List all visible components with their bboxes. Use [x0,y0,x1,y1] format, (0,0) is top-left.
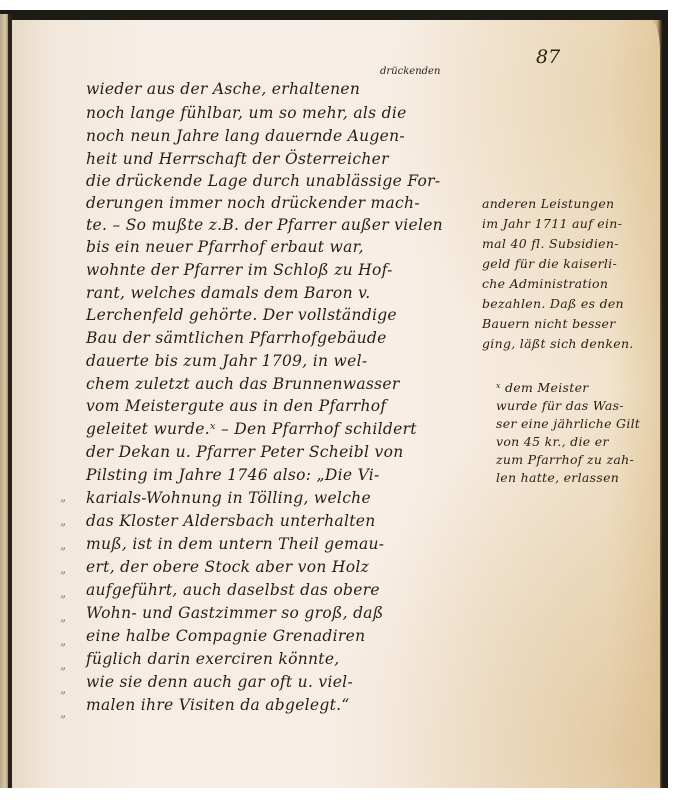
text-line: ert, der obere Stock aber von Holz [86,558,369,576]
margin-note-line: geld für die kaiserli- [482,256,617,271]
margin-quote-mark: „ [60,514,66,528]
footnote-line: ser eine jährliche Gilt [496,416,640,431]
margin-note-line: bezahlen. Daß es den [482,296,624,311]
margin-quote-mark: „ [60,490,66,504]
text-line: eine halbe Compagnie Grenadiren [86,627,365,645]
margin-note-line: mal 40 fl. Subsidien- [482,236,619,251]
text-line: chem zuletzt auch das Brunnenwasser [86,375,400,393]
text-line: bis ein neuer Pfarrhof erbaut war, [86,238,364,256]
text-line: die drückende Lage durch unablässige For… [86,172,440,190]
footnote-line: len hatte, erlassen [496,470,619,485]
text-line: heit und Herrschaft der Österreicher [86,150,389,168]
margin-note-line: ging, läßt sich denken. [482,336,634,351]
margin-note-line: Bauern nicht besser [482,316,615,331]
text-line: füglich darin exerciren könnte, [86,650,340,668]
margin-note-line: im Jahr 1711 auf ein- [482,216,622,231]
text-line: malen ihre Visiten da abgelegt.“ [86,696,350,714]
text-line: wohnte der Pfarrer im Schloß zu Hof- [86,261,393,279]
text-line: rant, welches damals dem Baron v. [86,284,371,302]
text-line: muß, ist in dem untern Theil gemau- [86,535,384,553]
margin-quote-mark: „ [60,586,66,600]
margin-quote-mark: „ [60,610,66,624]
margin-note-line: anderen Leistungen [482,196,614,211]
margin-quote-mark: „ [60,538,66,552]
text-line: Wohn- und Gastzimmer so groß, daß [86,604,384,622]
margin-quote-mark: „ [60,634,66,648]
text-line: wieder aus der Asche, erhaltenen [86,80,360,98]
interlinear-insert: drückenden [380,66,440,77]
text-line: Lerchenfeld gehörte. Der vollständige [86,306,397,324]
text-line: wie sie denn auch gar oft u. viel- [86,673,353,691]
text-line: Bau der sämtlichen Pfarrhofgebäude [86,329,387,347]
text-line: vom Meistergute aus in den Pfarrhof [86,397,386,415]
margin-note-line: che Administration [482,276,608,291]
text-line: te. – So mußte z.B. der Pfarrer außer vi… [86,216,443,234]
margin-quote-mark: „ [60,658,66,672]
text-line: der Dekan u. Pfarrer Peter Scheibl von [86,443,403,461]
text-line: Pilsting im Jahre 1746 also: „Die Vi- [86,466,380,484]
footnote-line: von 45 kr., die er [496,434,609,449]
footnote-line: ˣ dem Meister [496,380,589,395]
footnote-line: zum Pfarrhof zu zah- [496,452,634,467]
text-line: noch lange fühlbar, um so mehr, als die [86,104,407,122]
text-line: dauerte bis zum Jahr 1709, in wel- [86,352,367,370]
text-line: das Kloster Aldersbach unterhalten [86,512,376,530]
page-number: 87 [536,46,560,68]
footnote-line: wurde für das Was- [496,398,624,413]
text-line: geleitet wurde.ˣ – Den Pfarrhof schilder… [86,420,417,438]
text-line: aufgeführt, auch daselbst das obere [86,581,380,599]
margin-quote-mark: „ [60,706,66,720]
text-line: derungen immer noch drückender mach- [86,194,420,212]
margin-quote-mark: „ [60,562,66,576]
text-line: noch neun Jahre lang dauernde Augen- [86,127,405,145]
text-line: karials-Wohnung in Tölling, welche [86,489,371,507]
margin-quote-mark: „ [60,682,66,696]
